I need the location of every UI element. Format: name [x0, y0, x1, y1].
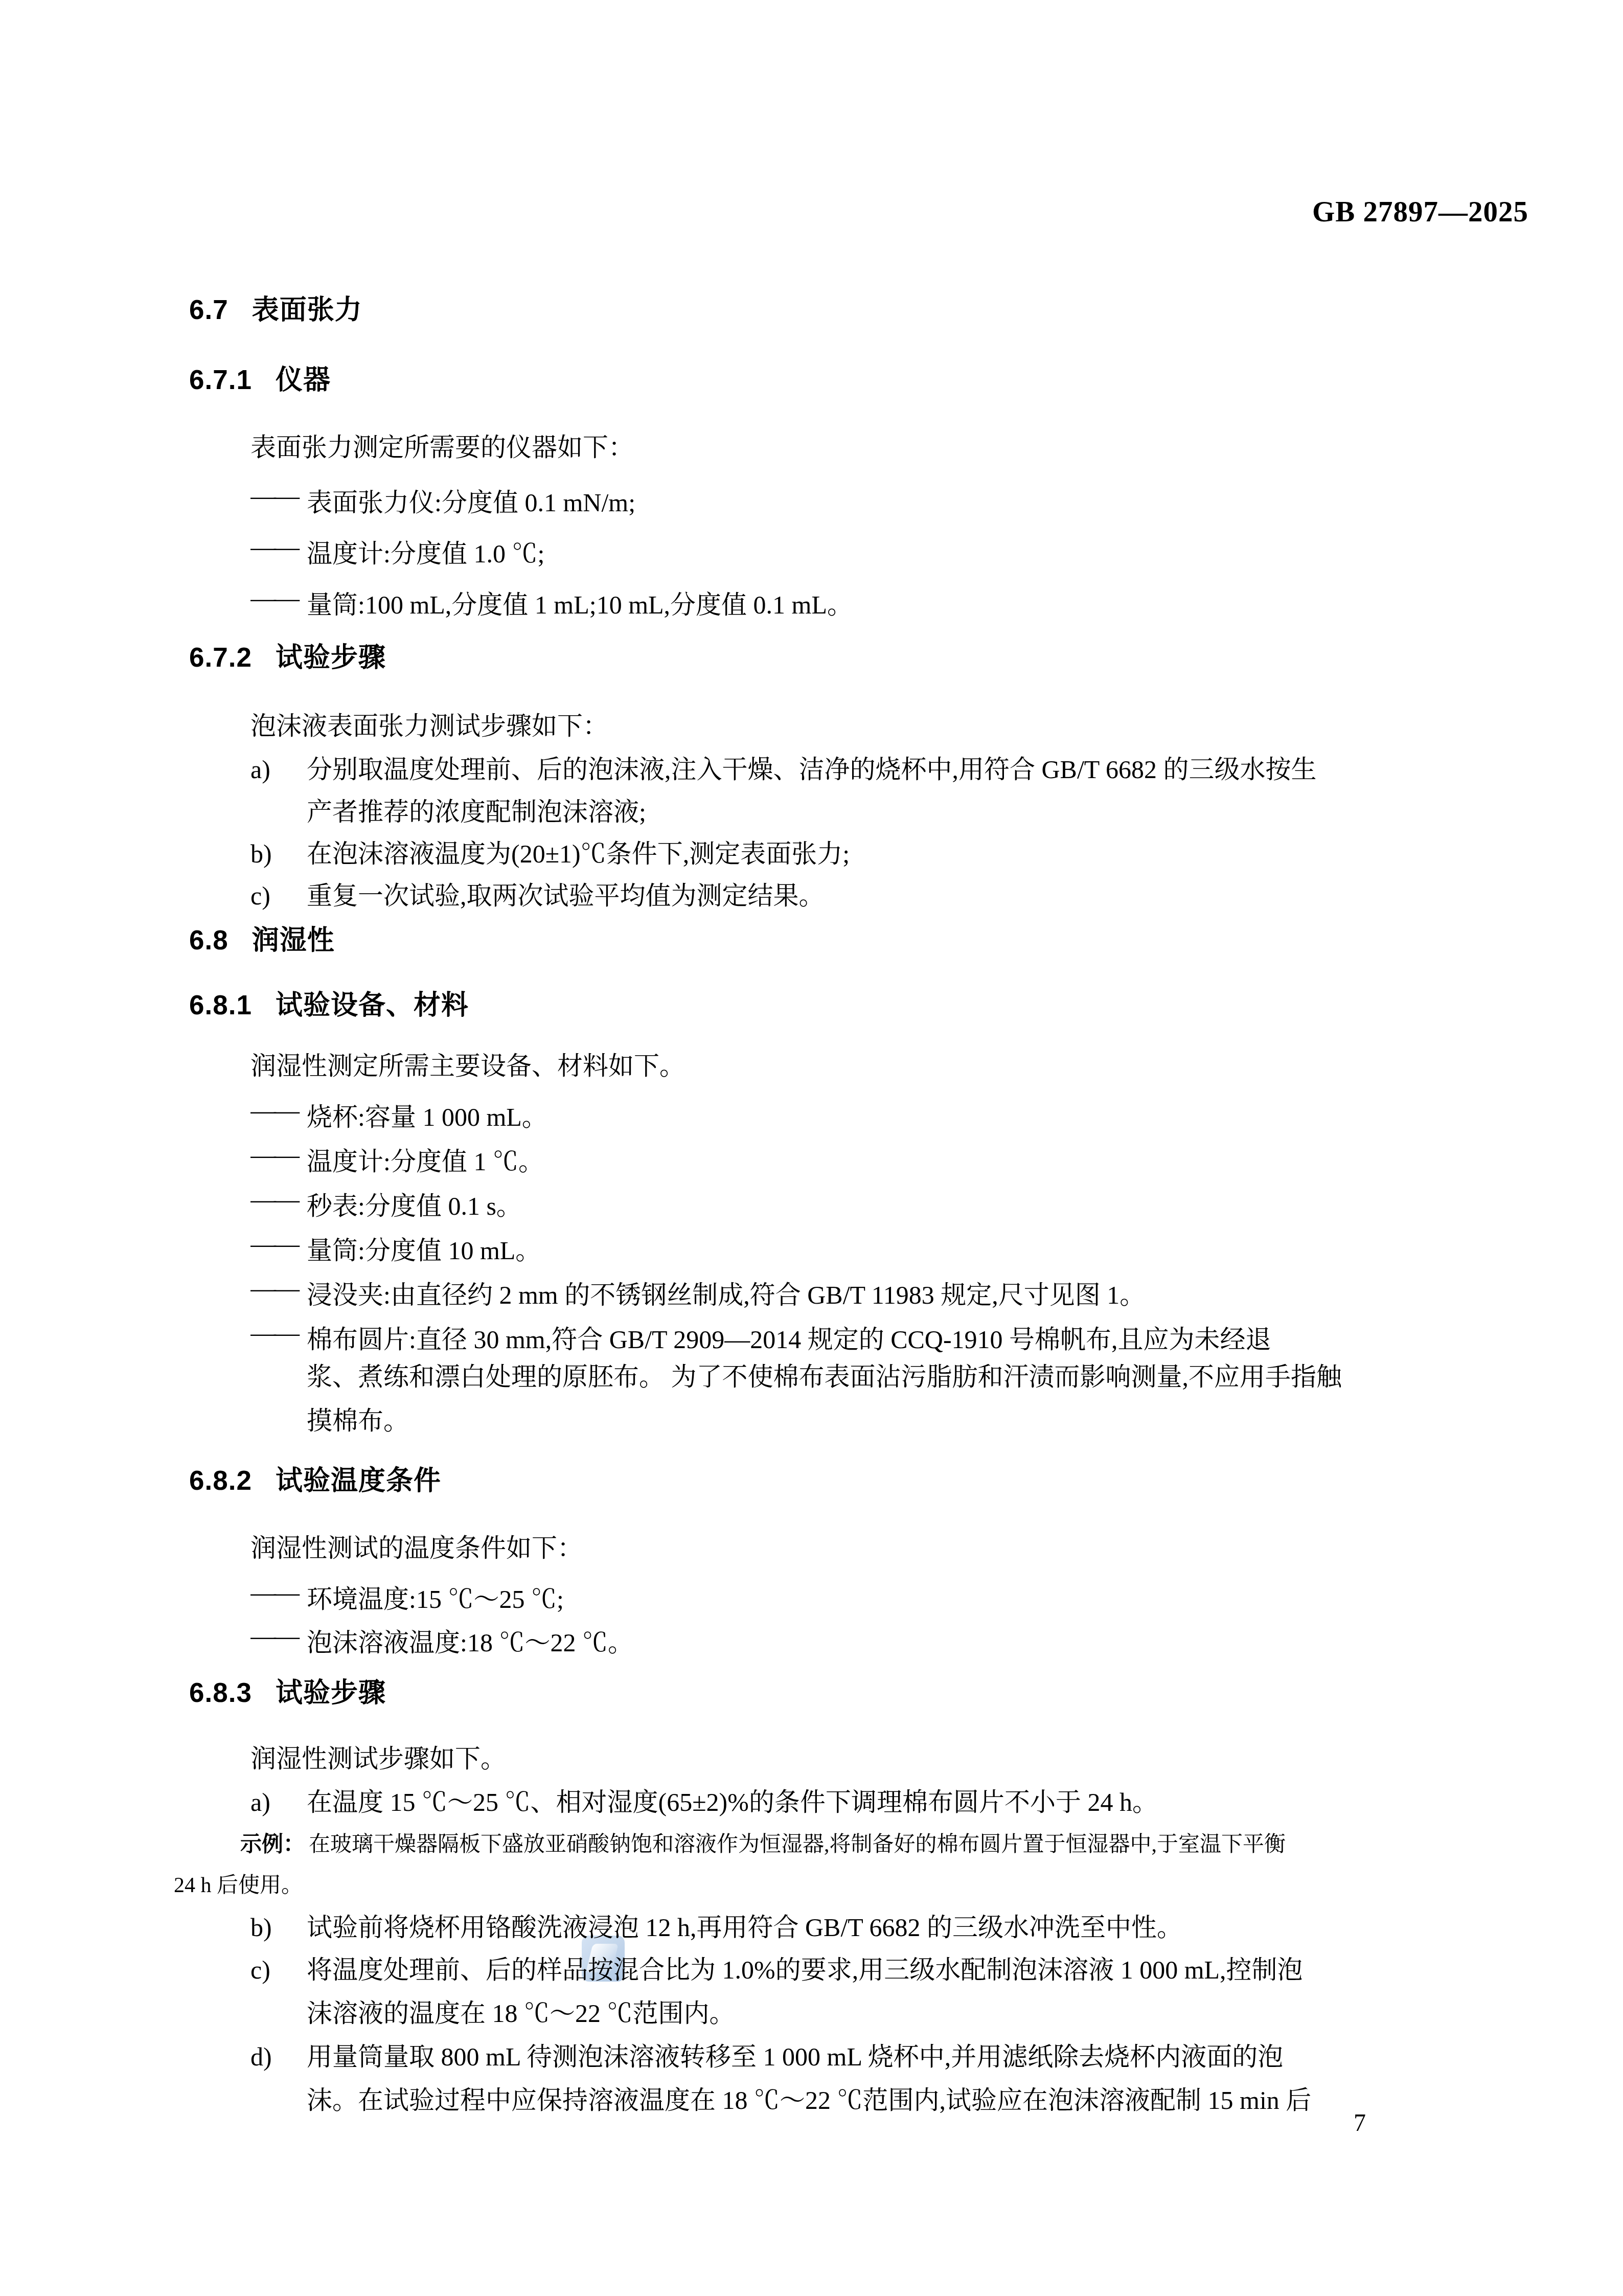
clause-title: 润湿性 — [252, 925, 335, 956]
dash-list-item: ——表面张力仪:分度值 0.1 mN/m; — [250, 481, 635, 518]
clause-heading: 6.8.1试验设备、材料 — [189, 989, 469, 1022]
dash-marker: —— — [250, 1317, 307, 1348]
list-item-text: 沫溶液的温度在 18 ℃～22 ℃范围内。 — [307, 1999, 735, 2028]
list-item-text: 在温度 15 ℃～25 ℃、相对湿度(65±2)%的条件下调理棉布圆片不小于 2… — [307, 1788, 1158, 1816]
list-item-text: 产者推荐的浓度配制泡沫溶液; — [307, 798, 646, 826]
clause-number: 6.8.2 — [189, 1466, 252, 1496]
list-letter: c) — [250, 880, 307, 911]
list-item-text: 温度计:分度值 1 ℃。 — [307, 1147, 544, 1176]
paragraph-text: 表面张力测定所需要的仪器如下： — [250, 433, 634, 462]
dash-list-item: ——泡沫溶液温度:18 ℃～22 ℃。 — [250, 1621, 633, 1658]
dash-list-item: ——烧杯:容量 1 000 mL。 — [250, 1095, 547, 1132]
dash-marker: —— — [250, 1273, 307, 1304]
dash-list-item: ——秒表:分度值 0.1 s。 — [250, 1184, 522, 1221]
list-item-text: 分别取温度处理前、后的泡沫液,注入干燥、洁净的烧杯中,用符合 GB/T 6682… — [307, 755, 1317, 784]
dash-marker: —— — [250, 1095, 307, 1126]
continuation-line: 产者推荐的浓度配制泡沫溶液; — [307, 797, 646, 827]
list-letter: b) — [250, 838, 307, 869]
clause-number: 6.7 — [189, 295, 228, 325]
list-item-text: 表面张力仪:分度值 0.1 mN/m; — [307, 488, 635, 517]
example-label: 示例： — [240, 1832, 305, 1856]
dash-list-item: ——温度计:分度值 1 ℃。 — [250, 1140, 544, 1177]
dash-marker: —— — [250, 481, 307, 511]
list-item-text: 环境温度:15 ℃～25 ℃; — [307, 1585, 564, 1613]
example-note-line: 示例：在玻璃干燥器隔板下盛放亚硝酸钠饱和溶液作为恒湿器,将制备好的棉布圆片置于恒… — [240, 1831, 1286, 1857]
dash-marker: —— — [250, 1577, 307, 1608]
dash-list-item: ——量筒:100 mL,分度值 1 mL;10 mL,分度值 0.1 mL。 — [250, 583, 853, 620]
list-item-text: 重复一次试验,取两次试验平均值为测定结果。 — [307, 881, 825, 910]
standard-number-header: GB 27897—2025 — [1312, 195, 1528, 229]
clause-title: 试验温度条件 — [276, 1466, 441, 1496]
list-item-text: 温度计:分度值 1.0 ℃; — [307, 539, 544, 568]
lettered-list-item: b)试验前将烧杯用铬酸洗液浸泡 12 h,再用符合 GB/T 6682 的三级水… — [250, 1912, 1182, 1943]
lettered-list-item: c)重复一次试验,取两次试验平均值为测定结果。 — [250, 880, 825, 911]
list-item-text: 浸没夹:由直径约 2 mm 的不锈钢丝制成,符合 GB/T 11983 规定,尺… — [307, 1281, 1145, 1309]
paragraph-line: 泡沫液表面张力测试步骤如下： — [250, 711, 608, 741]
dash-list-item: ——量筒:分度值 10 mL。 — [250, 1229, 541, 1266]
paragraph-line: 润湿性测定所需主要设备、材料如下。 — [250, 1051, 685, 1081]
list-letter: a) — [250, 1787, 307, 1817]
clause-number: 6.8.3 — [189, 1678, 252, 1708]
list-item-text: 量筒:100 mL,分度值 1 mL;10 mL,分度值 0.1 mL。 — [307, 590, 853, 619]
clause-title: 仪器 — [276, 365, 331, 395]
paragraph-text: 泡沫液表面张力测试步骤如下： — [250, 712, 608, 740]
list-letter: d) — [250, 2041, 307, 2072]
clause-title: 试验步骤 — [276, 1678, 386, 1708]
list-item-text: 摸棉布。 — [307, 1406, 409, 1435]
dash-marker: —— — [250, 1621, 307, 1651]
clause-heading: 6.8润湿性 — [189, 924, 335, 957]
document-page: GB 27897—2025 6.7表面张力 6.7.1仪器 表面张力测定所需要的… — [0, 0, 1623, 2296]
list-letter: b) — [250, 1912, 307, 1943]
dash-list-item: ——温度计:分度值 1.0 ℃; — [250, 532, 544, 569]
paragraph-line: 润湿性测试步骤如下。 — [250, 1743, 506, 1774]
dash-marker: —— — [250, 1229, 307, 1259]
paragraph-text: 润湿性测试的温度条件如下： — [250, 1534, 583, 1562]
page-number: 7 — [1354, 2109, 1366, 2137]
list-item-text: 棉布圆片:直径 30 mm,符合 GB/T 2909—2014 规定的 CCQ-… — [307, 1325, 1271, 1354]
clause-number: 6.7.1 — [189, 365, 252, 395]
dash-list-item: ——环境温度:15 ℃～25 ℃; — [250, 1577, 564, 1615]
lettered-list-item: c)将温度处理前、后的样品按混合比为 1.0%的要求,用三级水配制泡沫溶液 1 … — [250, 1954, 1303, 1985]
clause-number: 6.8 — [189, 925, 228, 956]
list-letter: c) — [250, 1954, 307, 1985]
clause-heading: 6.8.3试验步骤 — [189, 1677, 386, 1710]
list-item-text: 量筒:分度值 10 mL。 — [307, 1236, 541, 1265]
dash-list-item: ——浸没夹:由直径约 2 mm 的不锈钢丝制成,符合 GB/T 11983 规定… — [250, 1273, 1145, 1310]
list-item-text: 试验前将烧杯用铬酸洗液浸泡 12 h,再用符合 GB/T 6682 的三级水冲洗… — [307, 1913, 1182, 1942]
list-item-text: 烧杯:容量 1 000 mL。 — [307, 1103, 547, 1131]
clause-title: 表面张力 — [252, 295, 362, 325]
continuation-line: 沫溶液的温度在 18 ℃～22 ℃范围内。 — [307, 1998, 735, 2029]
list-item-text: 将温度处理前、后的样品按混合比为 1.0%的要求,用三级水配制泡沫溶液 1 00… — [307, 1956, 1303, 1984]
dash-marker: —— — [250, 1140, 307, 1170]
lettered-list-item: d)用量筒量取 800 mL 待测泡沫溶液转移至 1 000 mL 烧杯中,并用… — [250, 2041, 1283, 2072]
clause-title: 试验设备、材料 — [276, 990, 469, 1020]
clause-title: 试验步骤 — [276, 643, 386, 673]
example-note-line: 24 h 后使用。 — [174, 1873, 303, 1898]
list-item-text: 秒表:分度值 0.1 s。 — [307, 1192, 522, 1220]
continuation-line: 浆、煮练和漂白处理的原胚布。 为了不使棉布表面沾污脂肪和汗渍而影响测量,不应用手… — [307, 1361, 1342, 1392]
clause-heading: 6.7表面张力 — [189, 294, 362, 327]
continuation-line: 沫。在试验过程中应保持溶液温度在 18 ℃～22 ℃范围内,试验应在泡沫溶液配制… — [307, 2085, 1311, 2116]
lettered-list-item: a)分别取温度处理前、后的泡沫液,注入干燥、洁净的烧杯中,用符合 GB/T 66… — [250, 754, 1317, 785]
list-item-text: 浆、煮练和漂白处理的原胚布。 为了不使棉布表面沾污脂肪和汗渍而影响测量,不应用手… — [307, 1362, 1342, 1391]
list-item-text: 在泡沫溶液温度为(20±1)℃条件下,测定表面张力; — [307, 839, 850, 868]
dash-marker: —— — [250, 1184, 307, 1215]
example-text: 在玻璃干燥器隔板下盛放亚硝酸钠饱和溶液作为恒湿器,将制备好的棉布圆片置于恒湿器中… — [309, 1833, 1286, 1856]
paragraph-line: 表面张力测定所需要的仪器如下： — [250, 432, 634, 463]
example-text: 24 h 后使用。 — [174, 1874, 303, 1897]
clause-heading: 6.7.1仪器 — [189, 364, 331, 397]
paragraph-text: 润湿性测定所需主要设备、材料如下。 — [250, 1052, 685, 1080]
clause-number: 6.7.2 — [189, 643, 252, 673]
list-letter: a) — [250, 754, 307, 785]
list-item-text: 用量筒量取 800 mL 待测泡沫溶液转移至 1 000 mL 烧杯中,并用滤纸… — [307, 2042, 1283, 2071]
paragraph-line: 润湿性测试的温度条件如下： — [250, 1533, 583, 1563]
clause-number: 6.8.1 — [189, 990, 252, 1020]
continuation-line: 摸棉布。 — [307, 1405, 409, 1436]
dash-list-item: ——棉布圆片:直径 30 mm,符合 GB/T 2909—2014 规定的 CC… — [250, 1317, 1271, 1355]
clause-heading: 6.7.2试验步骤 — [189, 642, 386, 674]
lettered-list-item: b)在泡沫溶液温度为(20±1)℃条件下,测定表面张力; — [250, 838, 850, 869]
list-item-text: 泡沫溶液温度:18 ℃～22 ℃。 — [307, 1628, 633, 1657]
lettered-list-item: a)在温度 15 ℃～25 ℃、相对湿度(65±2)%的条件下调理棉布圆片不小于… — [250, 1787, 1158, 1817]
list-item-text: 沫。在试验过程中应保持溶液温度在 18 ℃～22 ℃范围内,试验应在泡沫溶液配制… — [307, 2086, 1311, 2115]
dash-marker: —— — [250, 583, 307, 613]
clause-heading: 6.8.2试验温度条件 — [189, 1465, 441, 1497]
dash-marker: —— — [250, 532, 307, 562]
paragraph-text: 润湿性测试步骤如下。 — [250, 1744, 506, 1773]
